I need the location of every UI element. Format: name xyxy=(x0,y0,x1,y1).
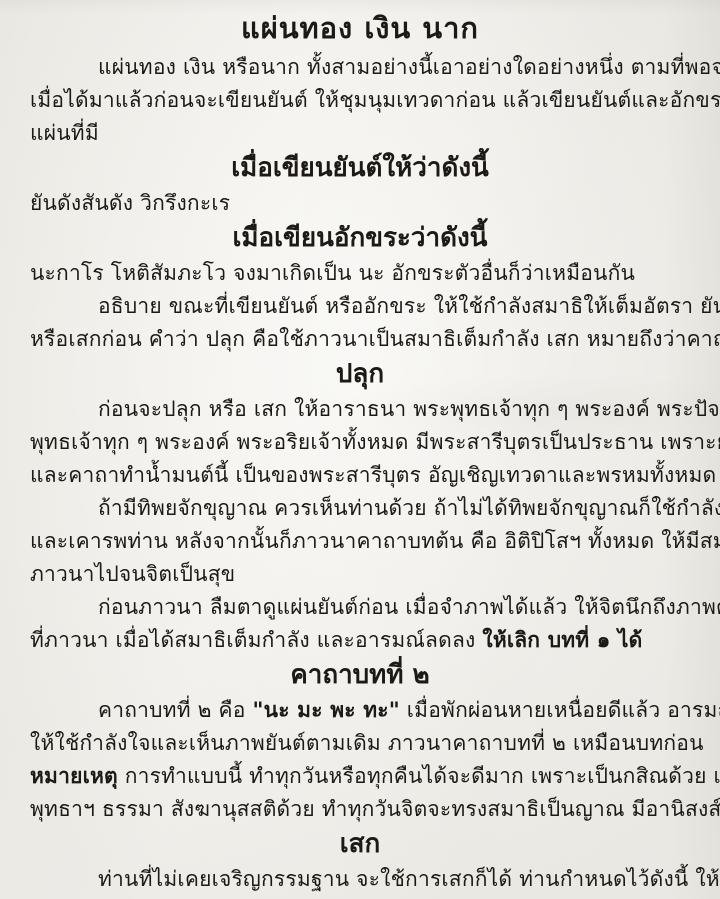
page-title: แผ่นทอง เงิน นาก xyxy=(30,6,690,51)
text-line: และเคารพท่าน หลังจากนั้นก็ภาวนาคาถาบทต้น… xyxy=(30,525,690,558)
text-line: หมายเหตุ การทำแบบนี้ ทำทุกวันหรือทุกคืนไ… xyxy=(30,760,690,793)
text-segment: และคาถาทำน้ำมนต์นี้ เป็นของพระสารีบุตร อ… xyxy=(30,463,716,487)
text-segment: ก่อนภาวนา ลืมตาดูแผ่นยันต์ก่อน เมื่อจำภา… xyxy=(98,595,720,619)
text-segment: ภาวนาไปจนจิตเป็นสุข xyxy=(30,562,235,586)
section-heading: เมื่อเขียนยันต์ให้ว่าดังนี้ xyxy=(30,150,690,187)
scanned-page: แผ่นทอง เงิน นากแผ่นทอง เงิน หรือนาก ทั้… xyxy=(0,0,720,899)
text-segment: ยันดังสันดัง วิกรึงกะเร xyxy=(30,191,230,215)
text-segment: หรือเสกก่อน คำว่า ปลุก คือใช้ภาวนาเป็นสม… xyxy=(30,327,720,351)
text-segment: นะกาโร โหติสัมภะโว จงมาเกิดเป็น นะ อักขร… xyxy=(30,261,635,285)
text-segment: แผ่นที่มี xyxy=(30,121,99,145)
text-segment: เมื่อพักผ่อนหายเหนื่อยดีแล้ว อารมณ์ทรงตั… xyxy=(400,698,720,722)
text-line: นะกาโร โหติสัมภะโว จงมาเกิดเป็น นะ อักขร… xyxy=(30,257,690,290)
text-segment: ที่ภาวนา เมื่อได้สมาธิเต็มกำลัง และอารมณ… xyxy=(30,628,482,652)
text-line: เมื่อได้มาแล้วก่อนจะเขียนยันต์ ให้ชุมนุม… xyxy=(30,84,690,117)
text-line: พุทธเจ้าทุก ๆ พระองค์ พระอริยเจ้าทั้งหมด… xyxy=(30,426,690,459)
text-line: หรือเสกก่อน คำว่า ปลุก คือใช้ภาวนาเป็นสม… xyxy=(30,323,690,356)
text-segment: ถ้ามีทิพยจักขุญาณ ควรเห็นท่านด้วย ถ้าไม่… xyxy=(98,496,720,520)
text-segment: ก่อนจะปลุก หรือ เสก ให้อาราธนา พระพุทธเจ… xyxy=(98,397,720,421)
section-heading: คาถาบทที่ ๒ xyxy=(30,657,690,694)
text-line: ท่านที่ไม่เคยเจริญกรรมฐาน จะใช้การเสกก็ไ… xyxy=(30,863,690,896)
text-segment: ให้ใช้กำลังใจและเห็นภาพยันต์ตามเดิม ภาวน… xyxy=(30,731,704,755)
text-segment: และเคารพท่าน หลังจากนั้นก็ภาวนาคาถาบทต้น… xyxy=(30,529,720,553)
text-line: ภาวนาไปจนจิตเป็นสุข xyxy=(30,558,690,591)
text-line: ก่อนภาวนา ลืมตาดูแผ่นยันต์ก่อน เมื่อจำภา… xyxy=(30,591,690,624)
emphasized-text-segment: "นะ มะ พะ ทะ" xyxy=(253,698,400,722)
text-segment: พุทธเจ้าทุก ๆ พระองค์ พระอริยเจ้าทั้งหมด… xyxy=(30,430,720,454)
emphasized-text-segment: ให้เลิก บทที่ ๑ ได้ xyxy=(482,628,642,652)
emphasized-text-segment: หมายเหตุ xyxy=(30,764,118,788)
text-segment: แผ่นทอง เงิน หรือนาก ทั้งสามอย่างนี้เอาอ… xyxy=(98,55,720,79)
text-line: คาถาบทที่ ๒ คือ "นะ มะ พะ ทะ" เมื่อพักผ่… xyxy=(30,694,690,727)
section-heading: เมื่อเขียนอักขระว่าดังนี้ xyxy=(30,220,690,257)
text-segment: พุทธาฯ ธรรมา สังฆานุสสติด้วย ทำทุกวันจิต… xyxy=(30,797,720,821)
text-line: แผ่นทอง เงิน หรือนาก ทั้งสามอย่างนี้เอาอ… xyxy=(30,51,690,84)
text-segment: เมื่อได้มาแล้วก่อนจะเขียนยันต์ ให้ชุมนุม… xyxy=(30,88,720,112)
text-segment: การทำแบบนี้ ทำทุกวันหรือทุกคืนได้จะดีมาก… xyxy=(118,764,720,788)
text-line: และคาถาทำน้ำมนต์นี้ เป็นของพระสารีบุตร อ… xyxy=(30,459,690,492)
text-line: พุทธาฯ ธรรมา สังฆานุสสติด้วย ทำทุกวันจิต… xyxy=(30,793,690,826)
section-heading: ปลุก xyxy=(30,356,690,393)
text-segment: คาถาบทที่ ๒ คือ xyxy=(98,698,253,722)
text-line: ที่ภาวนา เมื่อได้สมาธิเต็มกำลัง และอารมณ… xyxy=(30,624,690,657)
text-line: อธิบาย ขณะที่เขียนยันต์ หรืออักขระ ให้ใช… xyxy=(30,290,690,323)
text-line: ก่อนจะปลุก หรือ เสก ให้อาราธนา พระพุทธเจ… xyxy=(30,393,690,426)
text-line: แผ่นที่มี xyxy=(30,117,690,150)
text-line: ให้ใช้กำลังใจและเห็นภาพยันต์ตามเดิม ภาวน… xyxy=(30,727,690,760)
text-line: ถ้ามีทิพยจักขุญาณ ควรเห็นท่านด้วย ถ้าไม่… xyxy=(30,492,690,525)
text-line: ยันดังสันดัง วิกรึงกะเร xyxy=(30,187,690,220)
text-segment: อธิบาย ขณะที่เขียนยันต์ หรืออักขระ ให้ใช… xyxy=(98,294,720,318)
text-segment: ท่านที่ไม่เคยเจริญกรรมฐาน จะใช้การเสกก็ไ… xyxy=(98,867,720,891)
section-heading: เสก xyxy=(30,826,690,863)
